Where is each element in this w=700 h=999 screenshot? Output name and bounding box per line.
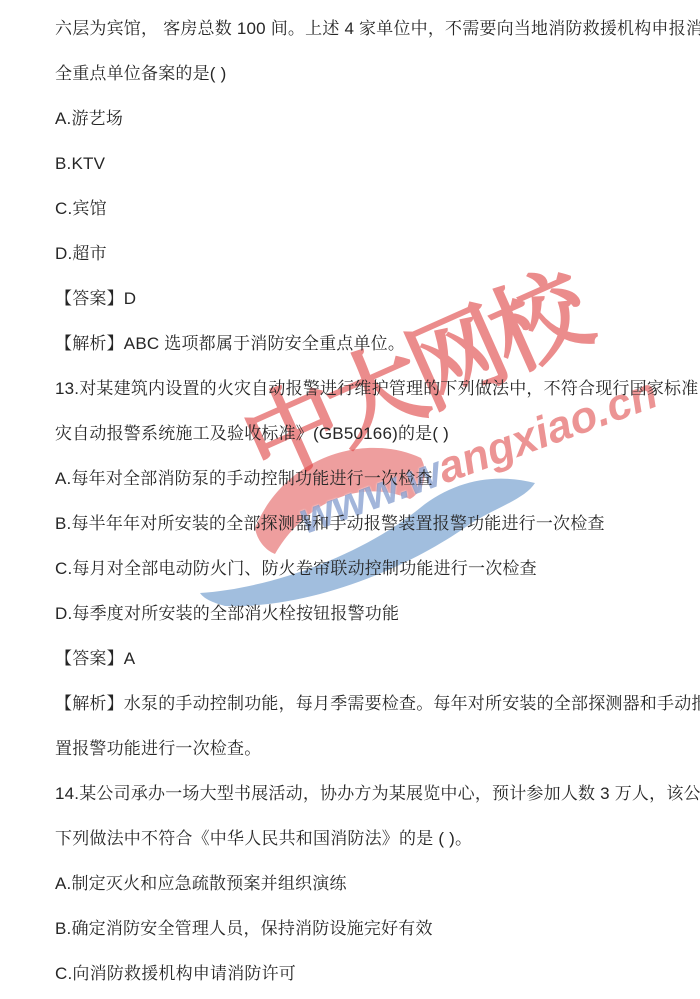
question14-stem-line2: 下列做法中不符合《中华人民共和国消防法》的是 ( )。 xyxy=(55,816,680,861)
question14-option-a: A.制定灭火和应急疏散预案并组织演练 xyxy=(55,861,680,906)
question12-option-c: C.宾馆 xyxy=(55,186,680,231)
document-content: 六层为宾馆， 客房总数 100 间。上述 4 家单位中，不需要向当地消防救援机构… xyxy=(0,0,700,999)
question14-option-b: B.确定消防安全管理人员，保持消防设施完好有效 xyxy=(55,906,680,951)
question12-stem-line1: 六层为宾馆， 客房总数 100 间。上述 4 家单位中，不需要向当地消防救援机构… xyxy=(55,6,680,51)
question13-option-c: C.每月对全部电动防火门、防火卷帘联动控制功能进行一次检查 xyxy=(55,546,680,591)
question13-analysis-line1: 【解析】水泵的手动控制功能，每月季需要检查。每年对所安装的全部探测器和手动报警装 xyxy=(55,681,680,726)
question13-option-a: A.每年对全部消防泵的手动控制功能进行一次检查 xyxy=(55,456,680,501)
question12-answer: 【答案】D xyxy=(55,276,680,321)
question13-answer: 【答案】A xyxy=(55,636,680,681)
question13-option-b: B.每半年年对所安装的全部探测器和手动报警装置报警功能进行一次检查 xyxy=(55,501,680,546)
question12-option-a: A.游艺场 xyxy=(55,96,680,141)
question13-stem-line1: 13.对某建筑内设置的火灾自动报警进行维护管理的下列做法中，不符合现行国家标准《… xyxy=(55,366,680,411)
question14-stem-line1: 14.某公司承办一场大型书展活动，协办方为某展览中心，预计参加人数 3 万人，该… xyxy=(55,771,680,816)
question14-option-c: C.向消防救援机构申请消防许可 xyxy=(55,951,680,996)
question12-option-d: D.超市 xyxy=(55,231,680,276)
question13-analysis-line2: 置报警功能进行一次检查。 xyxy=(55,726,680,771)
document-page: 中大网校 www.wangxiao.cn 六层为宾馆， 客房总数 100 间。上… xyxy=(0,0,700,999)
question12-option-b: B.KTV xyxy=(55,141,680,186)
question13-stem-line2: 灾自动报警系统施工及验收标准》(GB50166)的是( ) xyxy=(55,411,680,456)
question12-stem-line2: 全重点单位备案的是( ) xyxy=(55,51,680,96)
question12-analysis: 【解析】ABC 选项都属于消防安全重点单位。 xyxy=(55,321,680,366)
question13-option-d: D.每季度对所安装的全部消火栓按钮报警功能 xyxy=(55,591,680,636)
